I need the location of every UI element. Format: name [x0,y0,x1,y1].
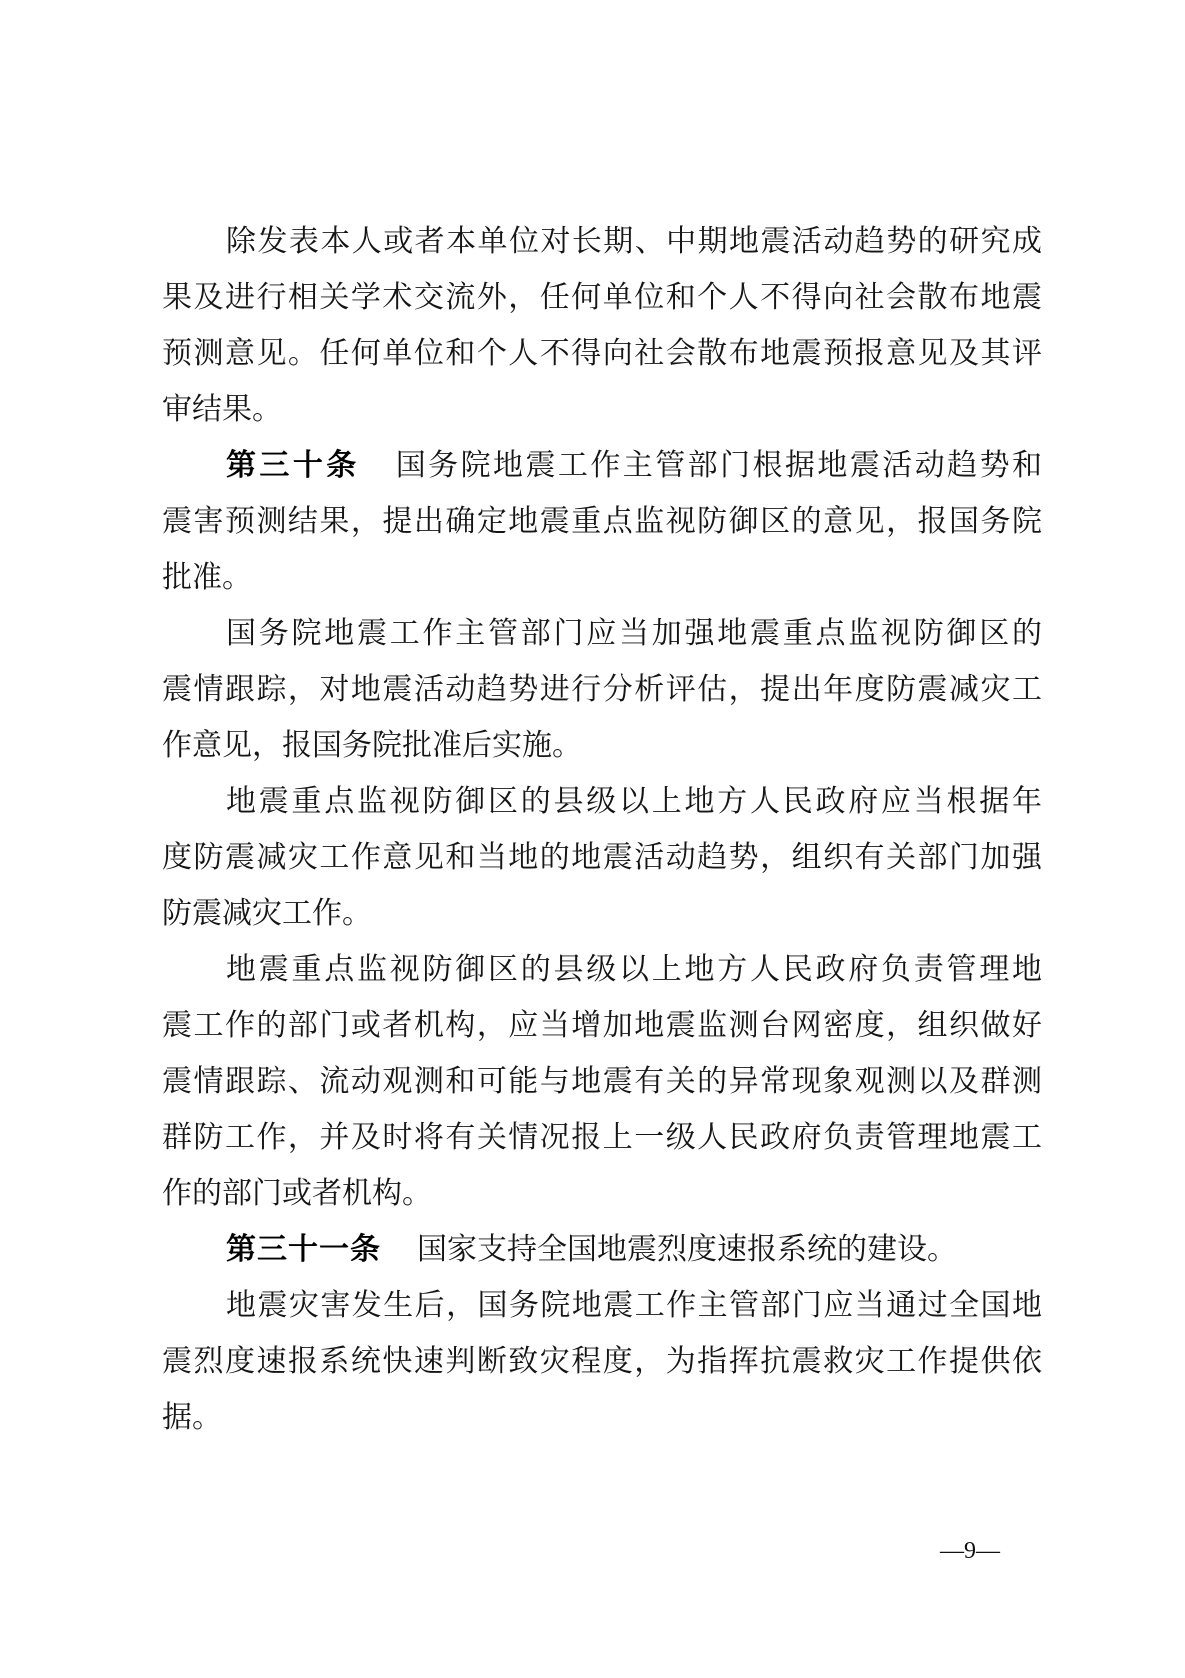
paragraph-line: 作的部门或者机构。 [162,1166,1042,1222]
paragraph-line: 批准。 [162,550,1042,606]
document-page: 除发表本人或者本单位对长期、中期地震活动趋势的研究成 果及进行相关学术交流外，任… [0,0,1185,1678]
article-30-heading: 第三十条 [226,448,360,483]
paragraph-line: 除发表本人或者本单位对长期、中期地震活动趋势的研究成 [162,214,1042,270]
paragraph-line: 震情跟踪、流动观测和可能与地震有关的异常现象观测以及群测 [162,1054,1042,1110]
document-body: 除发表本人或者本单位对长期、中期地震活动趋势的研究成 果及进行相关学术交流外，任… [162,214,1042,1446]
paragraph-line: 国务院地震工作主管部门应当加强地震重点监视防御区的 [162,606,1042,662]
article-30-first-line: 第三十条国务院地震工作主管部门根据地震活动趋势和 [162,438,1042,494]
article-31-heading: 第三十一条 [226,1232,381,1267]
paragraph-line: 据。 [162,1390,1042,1446]
article-31-text: 国家支持全国地震烈度速报系统的建设。 [417,1232,957,1267]
paragraph-line: 防震减灾工作。 [162,886,1042,942]
paragraph-line: 群防工作，并及时将有关情况报上一级人民政府负责管理地震工 [162,1110,1042,1166]
paragraph-line: 震烈度速报系统快速判断致灾程度，为指挥抗震救灾工作提供依 [162,1334,1042,1390]
article-31-first-line: 第三十一条国家支持全国地震烈度速报系统的建设。 [162,1222,1042,1278]
paragraph-line: 地震重点监视防御区的县级以上地方人民政府负责管理地 [162,942,1042,998]
paragraph-line: 震害预测结果，提出确定地震重点监视防御区的意见，报国务院 [162,494,1042,550]
paragraph-line: 地震灾害发生后，国务院地震工作主管部门应当通过全国地 [162,1278,1042,1334]
paragraph-line: 度防震减灾工作意见和当地的地震活动趋势，组织有关部门加强 [162,830,1042,886]
paragraph-line: 震工作的部门或者机构，应当增加地震监测台网密度，组织做好 [162,998,1042,1054]
paragraph-line: 地震重点监视防御区的县级以上地方人民政府应当根据年 [162,774,1042,830]
paragraph-line: 审结果。 [162,382,1042,438]
article-30-text: 国务院地震工作主管部门根据地震活动趋势和 [396,448,1042,483]
paragraph-line: 震情跟踪，对地震活动趋势进行分析评估，提出年度防震减灾工 [162,662,1042,718]
paragraph-line: 预测意见。任何单位和个人不得向社会散布地震预报意见及其评 [162,326,1042,382]
paragraph-line: 作意见，报国务院批准后实施。 [162,718,1042,774]
paragraph-line: 果及进行相关学术交流外，任何单位和个人不得向社会散布地震 [162,270,1042,326]
page-number: —9— [940,1538,1000,1565]
